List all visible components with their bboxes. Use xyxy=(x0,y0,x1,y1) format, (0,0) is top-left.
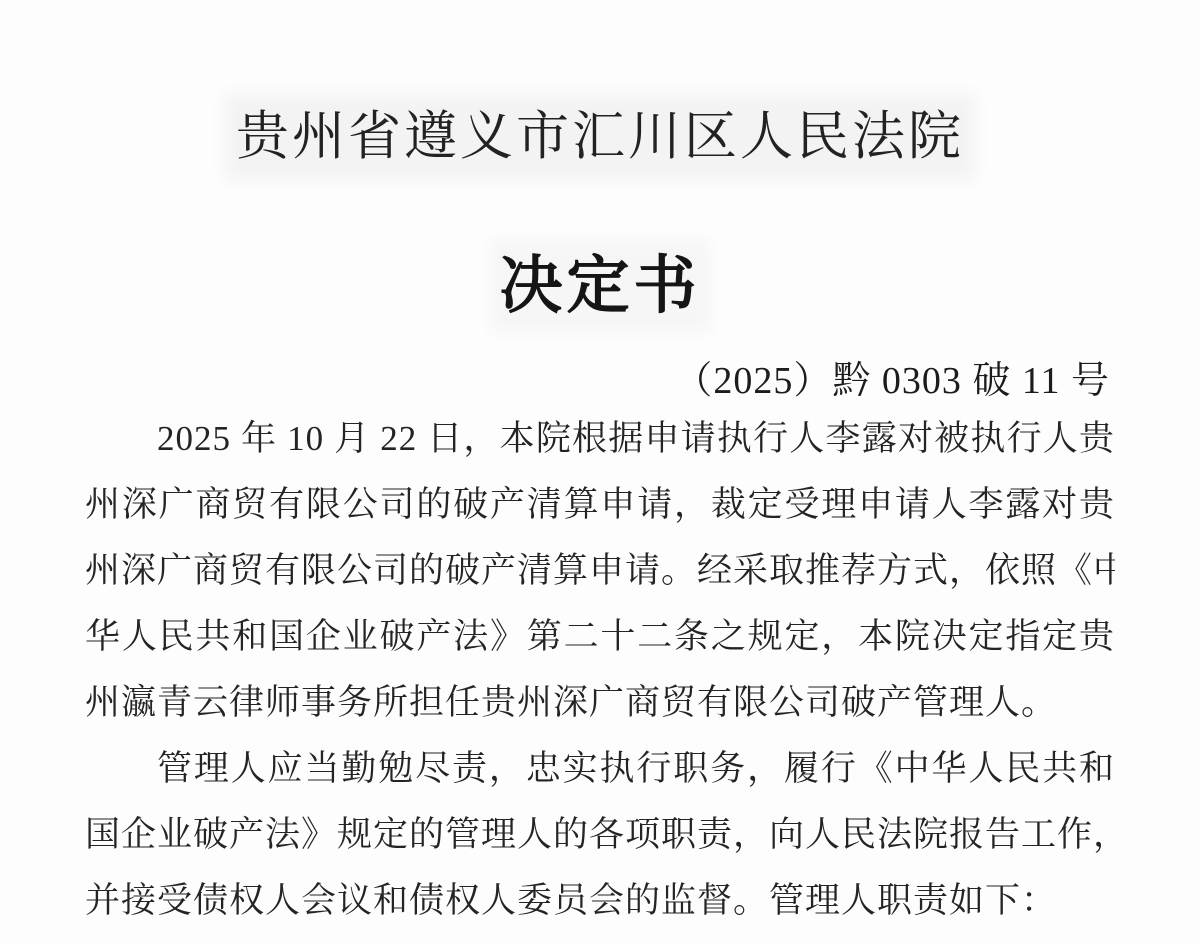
body-line-3: 州深广商贸有限公司的破产清算申请。经采取推荐方式，依照《中 xyxy=(85,538,1115,604)
court-name-heading: 贵州省遵义市汇川区人民法院 xyxy=(0,0,1200,168)
body-line-1: 2025 年 10 月 22 日，本院根据申请执行人李露对被执行人贵 xyxy=(85,406,1115,472)
document-title-text: 决定书 xyxy=(500,250,701,322)
document-body: 2025 年 10 月 22 日，本院根据申请执行人李露对被执行人贵 州深广商贸… xyxy=(85,406,1115,934)
body-line-4: 华人民共和国企业破产法》第二十二条之规定，本院决定指定贵 xyxy=(85,604,1115,670)
case-number: （2025）黔 0303 破 11 号 xyxy=(0,358,1200,404)
body-line-5: 州瀛青云律师事务所担任贵州深广商贸有限公司破产管理人。 xyxy=(85,670,1115,736)
court-name-text: 贵州省遵义市汇川区人民法院 xyxy=(236,106,964,168)
body-line-8: 并接受债权人会议和债权人委员会的监督。管理人职责如下： xyxy=(85,868,1115,934)
body-line-2: 州深广商贸有限公司的破产清算申请，裁定受理申请人李露对贵 xyxy=(85,472,1115,538)
body-line-7: 国企业破产法》规定的管理人的各项职责，向人民法院报告工作， xyxy=(85,802,1115,868)
court-decision-document: 贵州省遵义市汇川区人民法院 决定书 （2025）黔 0303 破 11 号 20… xyxy=(0,0,1200,944)
document-title: 决定书 xyxy=(0,250,1200,322)
body-line-6: 管理人应当勤勉尽责，忠实执行职务，履行《中华人民共和 xyxy=(85,736,1115,802)
